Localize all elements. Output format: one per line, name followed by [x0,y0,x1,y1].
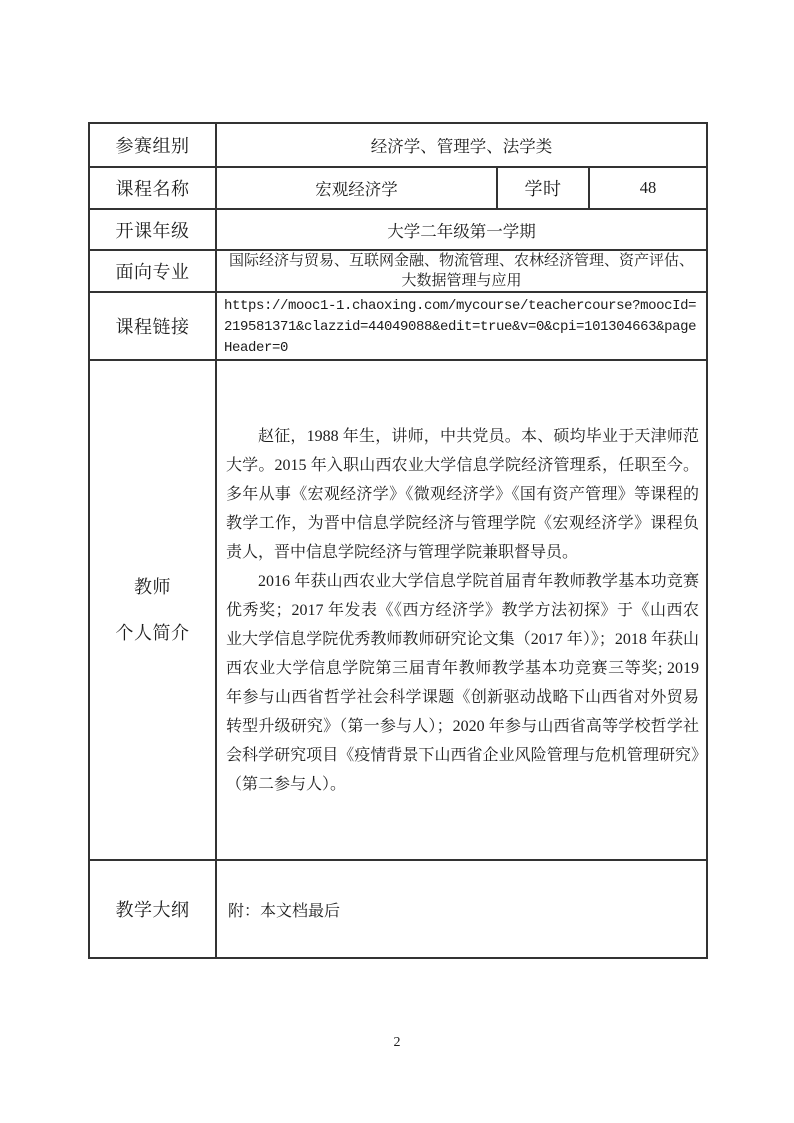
teacher-bio-label-line2: 个人简介 [90,610,215,656]
row-course-link: 课程链接 https://mooc1-1.chaoxing.com/mycour… [89,292,707,360]
field-label-teacher-bio: 教师 个人简介 [89,360,216,860]
field-value-syllabus: 附：本文档最后 [216,860,707,958]
row-syllabus: 教学大纲 附：本文档最后 [89,860,707,958]
row-competition-group: 参赛组别 经济学、管理学、法学类 [89,123,707,167]
field-label-competition-group: 参赛组别 [89,123,216,167]
field-label-class-hours: 学时 [497,167,589,209]
row-teacher-bio: 教师 个人简介 赵征，1988 年生，讲师，中共党员。本、硕均毕业于天津师范大学… [89,360,707,860]
field-label-syllabus: 教学大纲 [89,860,216,958]
bio-paragraph-2: 2016 年获山西农业大学信息学院首届青年教师教学基本功竞赛优秀奖；2017 年… [226,567,699,799]
row-target-majors: 面向专业 国际经济与贸易、互联网金融、物流管理、农林经济管理、资产评估、大数据管… [89,250,707,292]
course-info-table: 参赛组别 经济学、管理学、法学类 课程名称 宏观经济学 学时 48 开课年级 大… [88,122,708,959]
field-value-competition-group: 经济学、管理学、法学类 [216,123,707,167]
field-label-course-link: 课程链接 [89,292,216,360]
document-page: 参赛组别 经济学、管理学、法学类 课程名称 宏观经济学 学时 48 开课年级 大… [0,0,794,1123]
row-course-name: 课程名称 宏观经济学 学时 48 [89,167,707,209]
field-value-class-hours: 48 [589,167,707,209]
field-label-course-grade: 开课年级 [89,209,216,250]
page-number: 2 [0,1035,794,1051]
field-value-course-name: 宏观经济学 [216,167,497,209]
teacher-bio-label-line1: 教师 [90,564,215,610]
field-label-target-majors: 面向专业 [89,250,216,292]
bio-paragraph-1: 赵征，1988 年生，讲师，中共党员。本、硕均毕业于天津师范大学。2015 年入… [226,422,699,567]
field-value-target-majors: 国际经济与贸易、互联网金融、物流管理、农林经济管理、资产评估、大数据管理与应用 [216,250,707,292]
field-value-course-link-url: https://mooc1-1.chaoxing.com/mycourse/te… [216,292,707,360]
field-value-course-grade: 大学二年级第一学期 [216,209,707,250]
field-label-course-name: 课程名称 [89,167,216,209]
row-course-grade: 开课年级 大学二年级第一学期 [89,209,707,250]
field-value-teacher-bio: 赵征，1988 年生，讲师，中共党员。本、硕均毕业于天津师范大学。2015 年入… [216,360,707,860]
